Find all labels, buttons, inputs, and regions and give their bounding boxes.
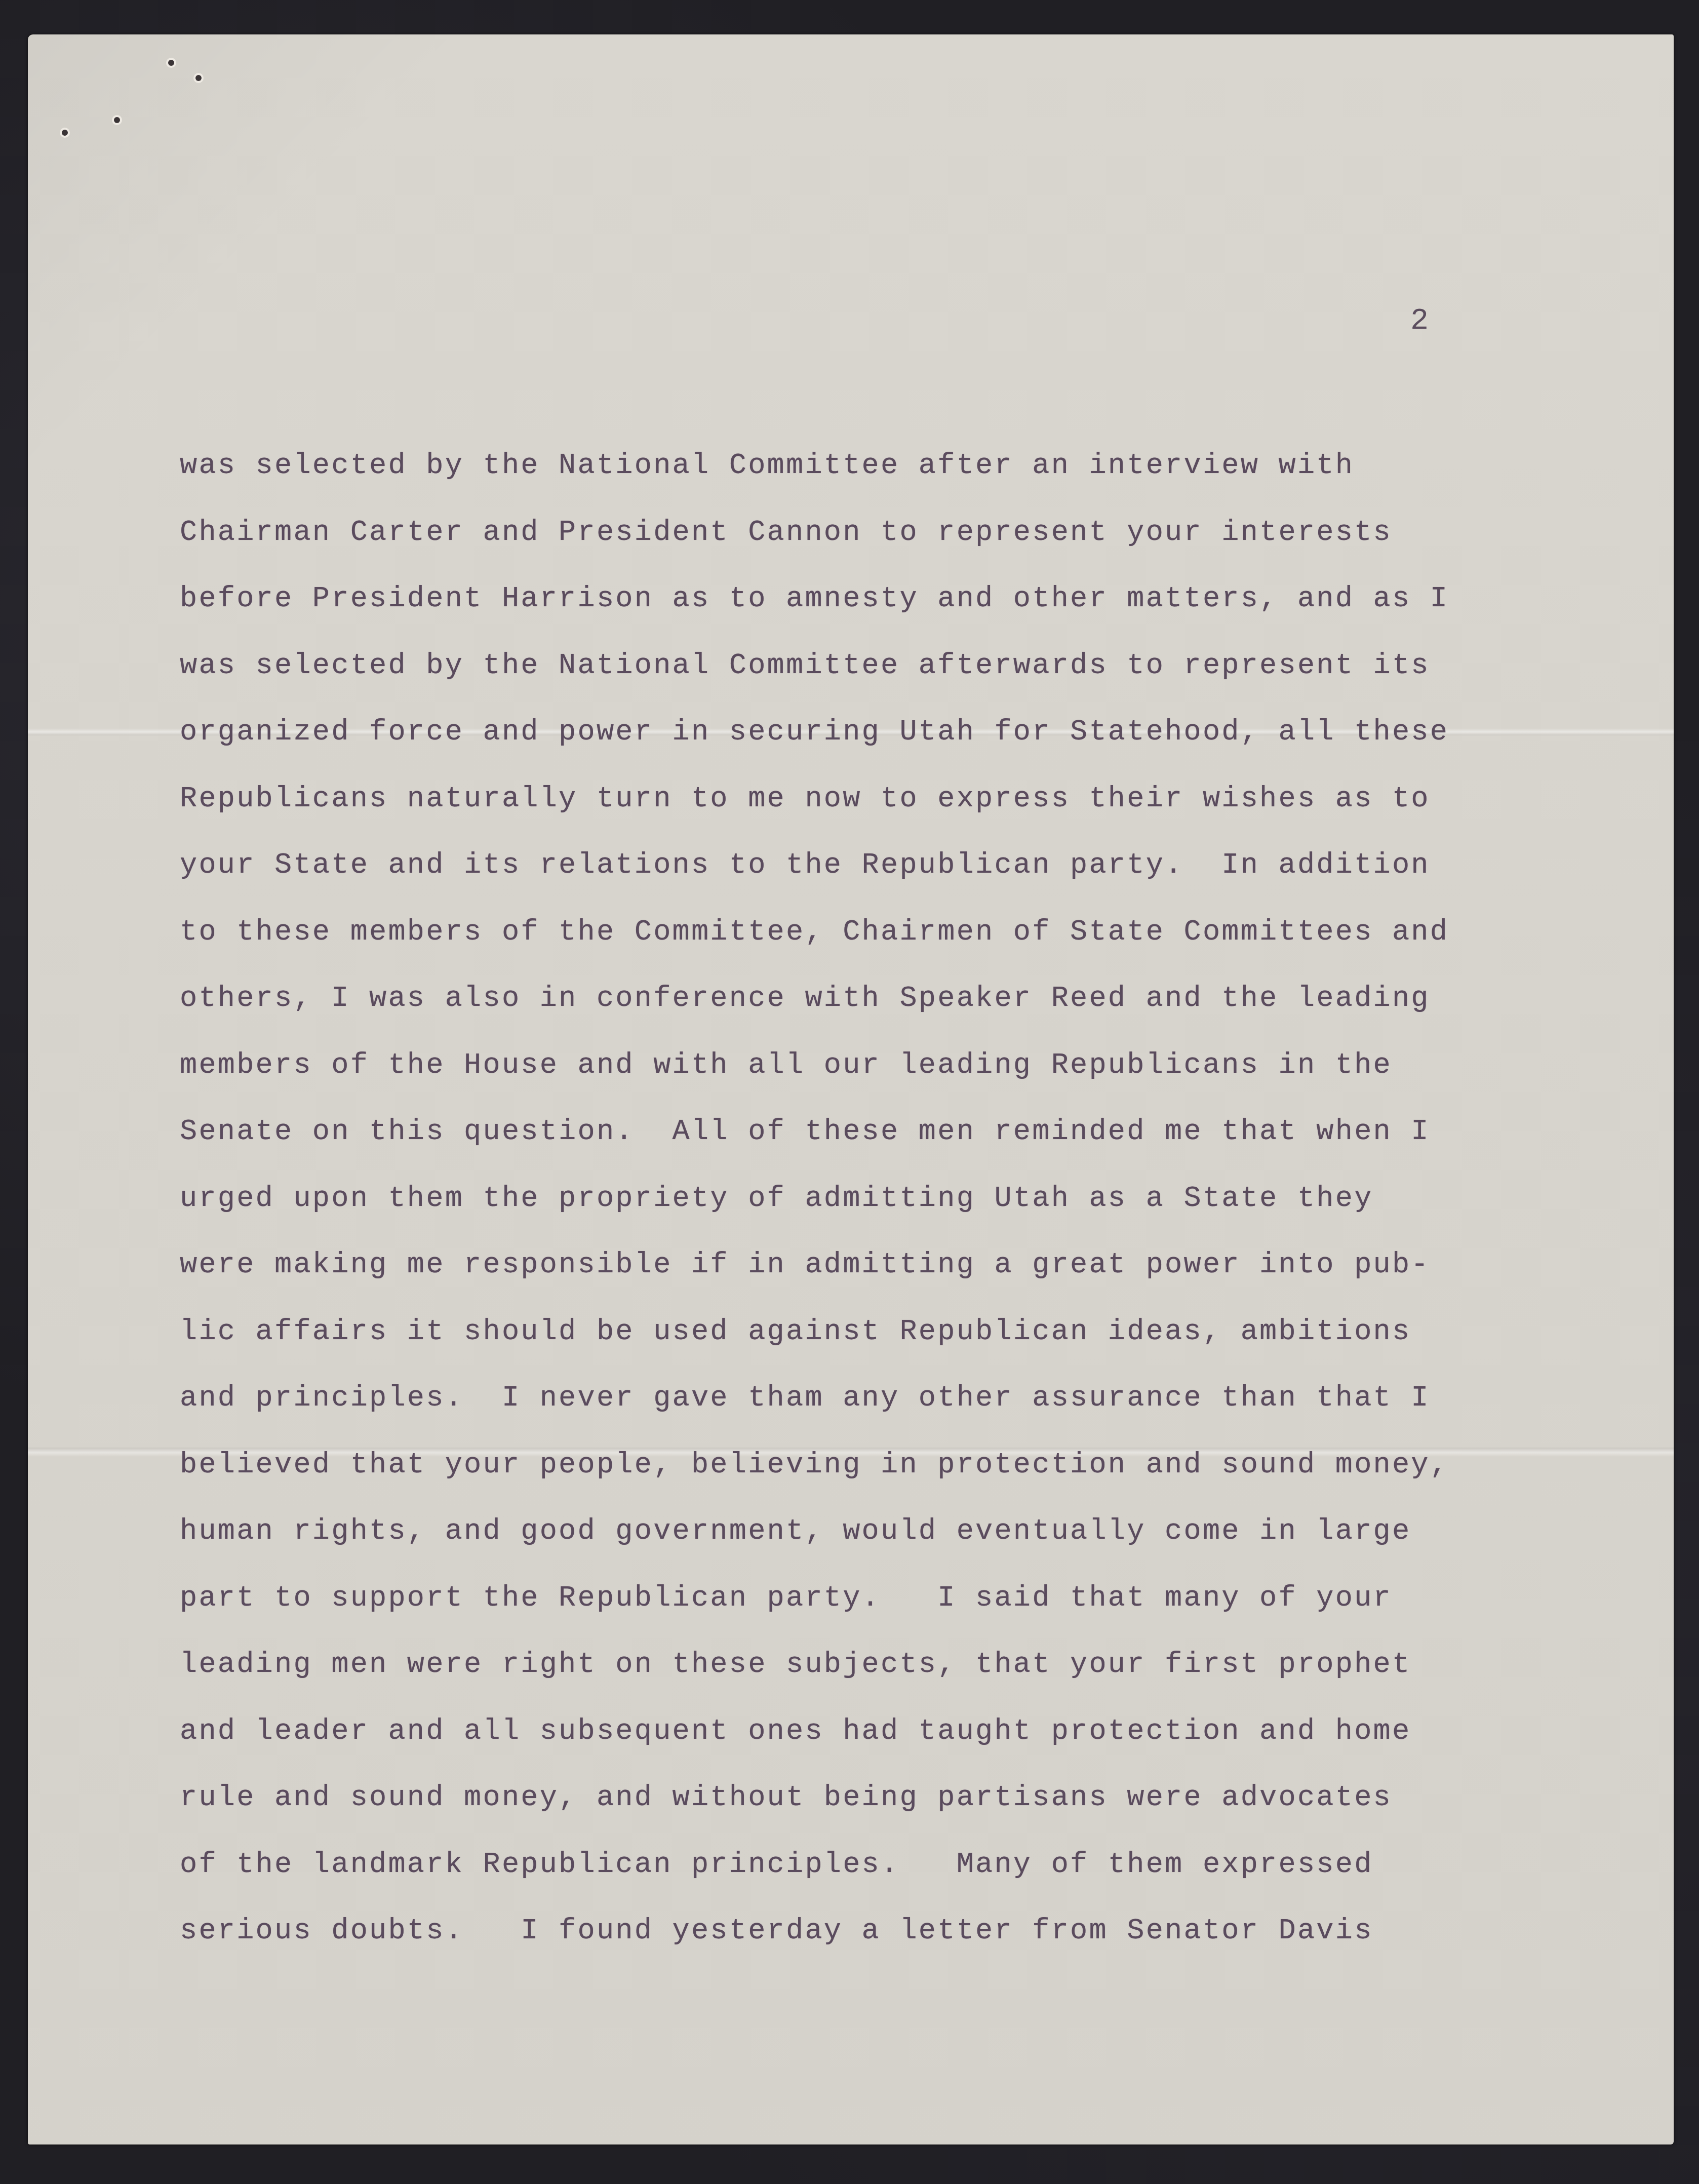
- text-line: believed that your people, believing in …: [180, 1432, 1598, 1499]
- text-line: Republicans naturally turn to me now to …: [180, 766, 1598, 833]
- text-line: human rights, and good government, would…: [180, 1499, 1598, 1566]
- text-line: lic affairs it should be used against Re…: [180, 1299, 1598, 1366]
- text-line: and principles. I never gave tham any ot…: [180, 1366, 1598, 1432]
- text-line: members of the House and with all our le…: [180, 1033, 1598, 1100]
- text-line: to these members of the Committee, Chair…: [180, 900, 1598, 966]
- text-line: were making me responsible if in admitti…: [180, 1232, 1598, 1299]
- text-line: Senate on this question. All of these me…: [180, 1099, 1598, 1166]
- text-line: was selected by the National Committee a…: [180, 633, 1598, 700]
- text-line: others, I was also in conference with Sp…: [180, 966, 1598, 1033]
- text-line: urged upon them the propriety of admitti…: [180, 1166, 1598, 1233]
- text-line: serious doubts. I found yesterday a lett…: [180, 1898, 1598, 1965]
- text-line: was selected by the National Committee a…: [180, 433, 1598, 500]
- text-line: leading men were right on these subjects…: [180, 1632, 1598, 1699]
- text-line: your State and its relations to the Repu…: [180, 833, 1598, 900]
- text-line: rule and sound money, and without being …: [180, 1765, 1598, 1832]
- text-line: and leader and all subsequent ones had t…: [180, 1699, 1598, 1766]
- punch-hole: [114, 117, 120, 123]
- text-line: before President Harrison as to amnesty …: [180, 566, 1598, 633]
- punch-hole: [62, 130, 68, 136]
- text-line: of the landmark Republican principles. M…: [180, 1832, 1598, 1899]
- page-number: 2: [1410, 304, 1429, 338]
- letter-body: was selected by the National Committee a…: [180, 433, 1598, 1965]
- text-line: Chairman Carter and President Cannon to …: [180, 500, 1598, 567]
- text-line: part to support the Republican party. I …: [180, 1566, 1598, 1632]
- punch-hole: [195, 75, 202, 81]
- punch-hole: [168, 60, 174, 66]
- text-line: organized force and power in securing Ut…: [180, 699, 1598, 766]
